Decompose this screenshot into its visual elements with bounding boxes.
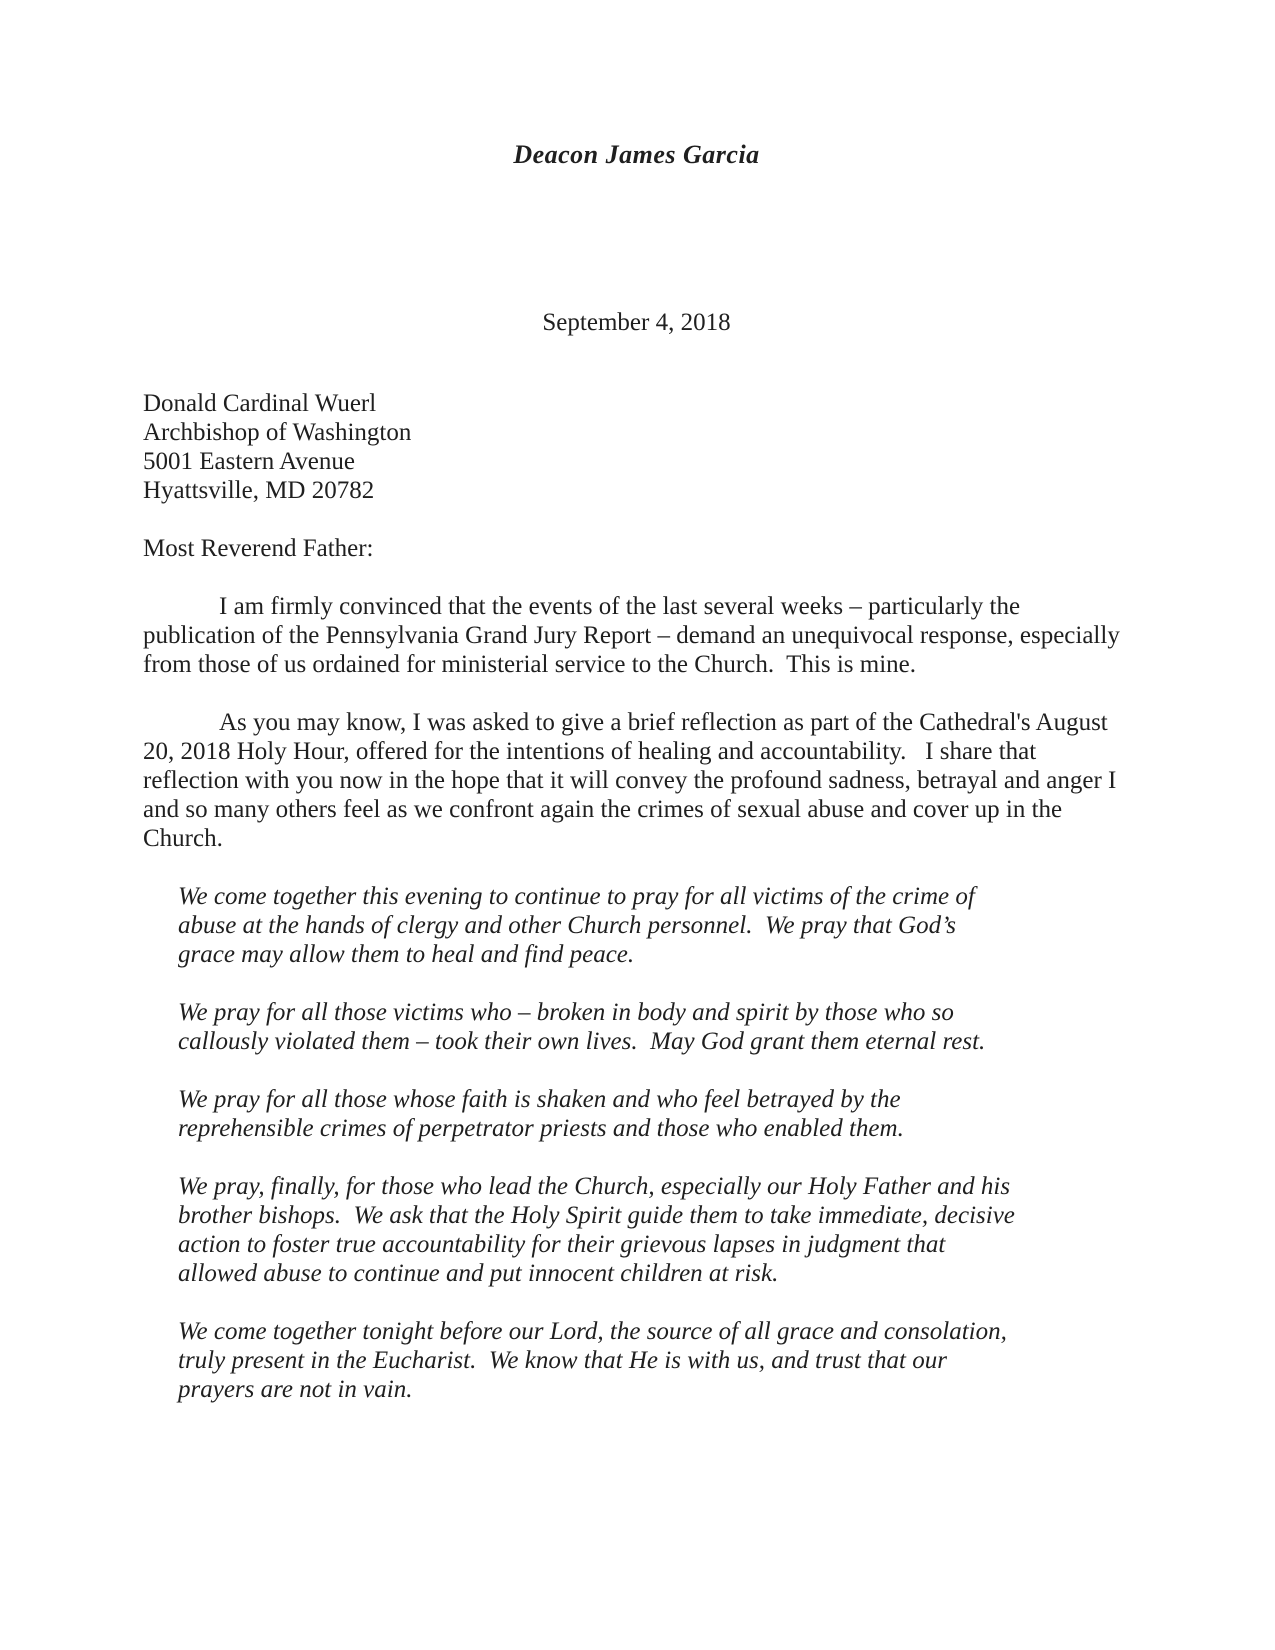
recipient-name: Donald Cardinal Wuerl	[143, 389, 1130, 418]
reflection-quote-paragraph-1: We come together this evening to continu…	[178, 882, 1018, 969]
recipient-city-state-zip: Hyattsville, MD 20782	[143, 476, 1130, 505]
reflection-quote-paragraph-4: We pray, finally, for those who lead the…	[178, 1172, 1018, 1288]
body-paragraph-2: As you may know, I was asked to give a b…	[143, 708, 1130, 853]
reflection-quote-paragraph-5: We come together tonight before our Lord…	[178, 1317, 1018, 1404]
reflection-quote-paragraph-3: We pray for all those whose faith is sha…	[178, 1085, 1018, 1143]
recipient-title: Archbishop of Washington	[143, 418, 1130, 447]
date-line: September 4, 2018	[143, 308, 1130, 337]
letter-page: Deacon James Garcia September 4, 2018 Do…	[0, 0, 1275, 1650]
body-paragraph-1: I am firmly convinced that the events of…	[143, 592, 1130, 679]
recipient-street: 5001 Eastern Avenue	[143, 447, 1130, 476]
letterhead-name: Deacon James Garcia	[143, 140, 1130, 170]
salutation: Most Reverend Father:	[143, 534, 1130, 563]
reflection-quote-paragraph-2: We pray for all those victims who – brok…	[178, 998, 1018, 1056]
recipient-address: Donald Cardinal Wuerl Archbishop of Wash…	[143, 389, 1130, 505]
